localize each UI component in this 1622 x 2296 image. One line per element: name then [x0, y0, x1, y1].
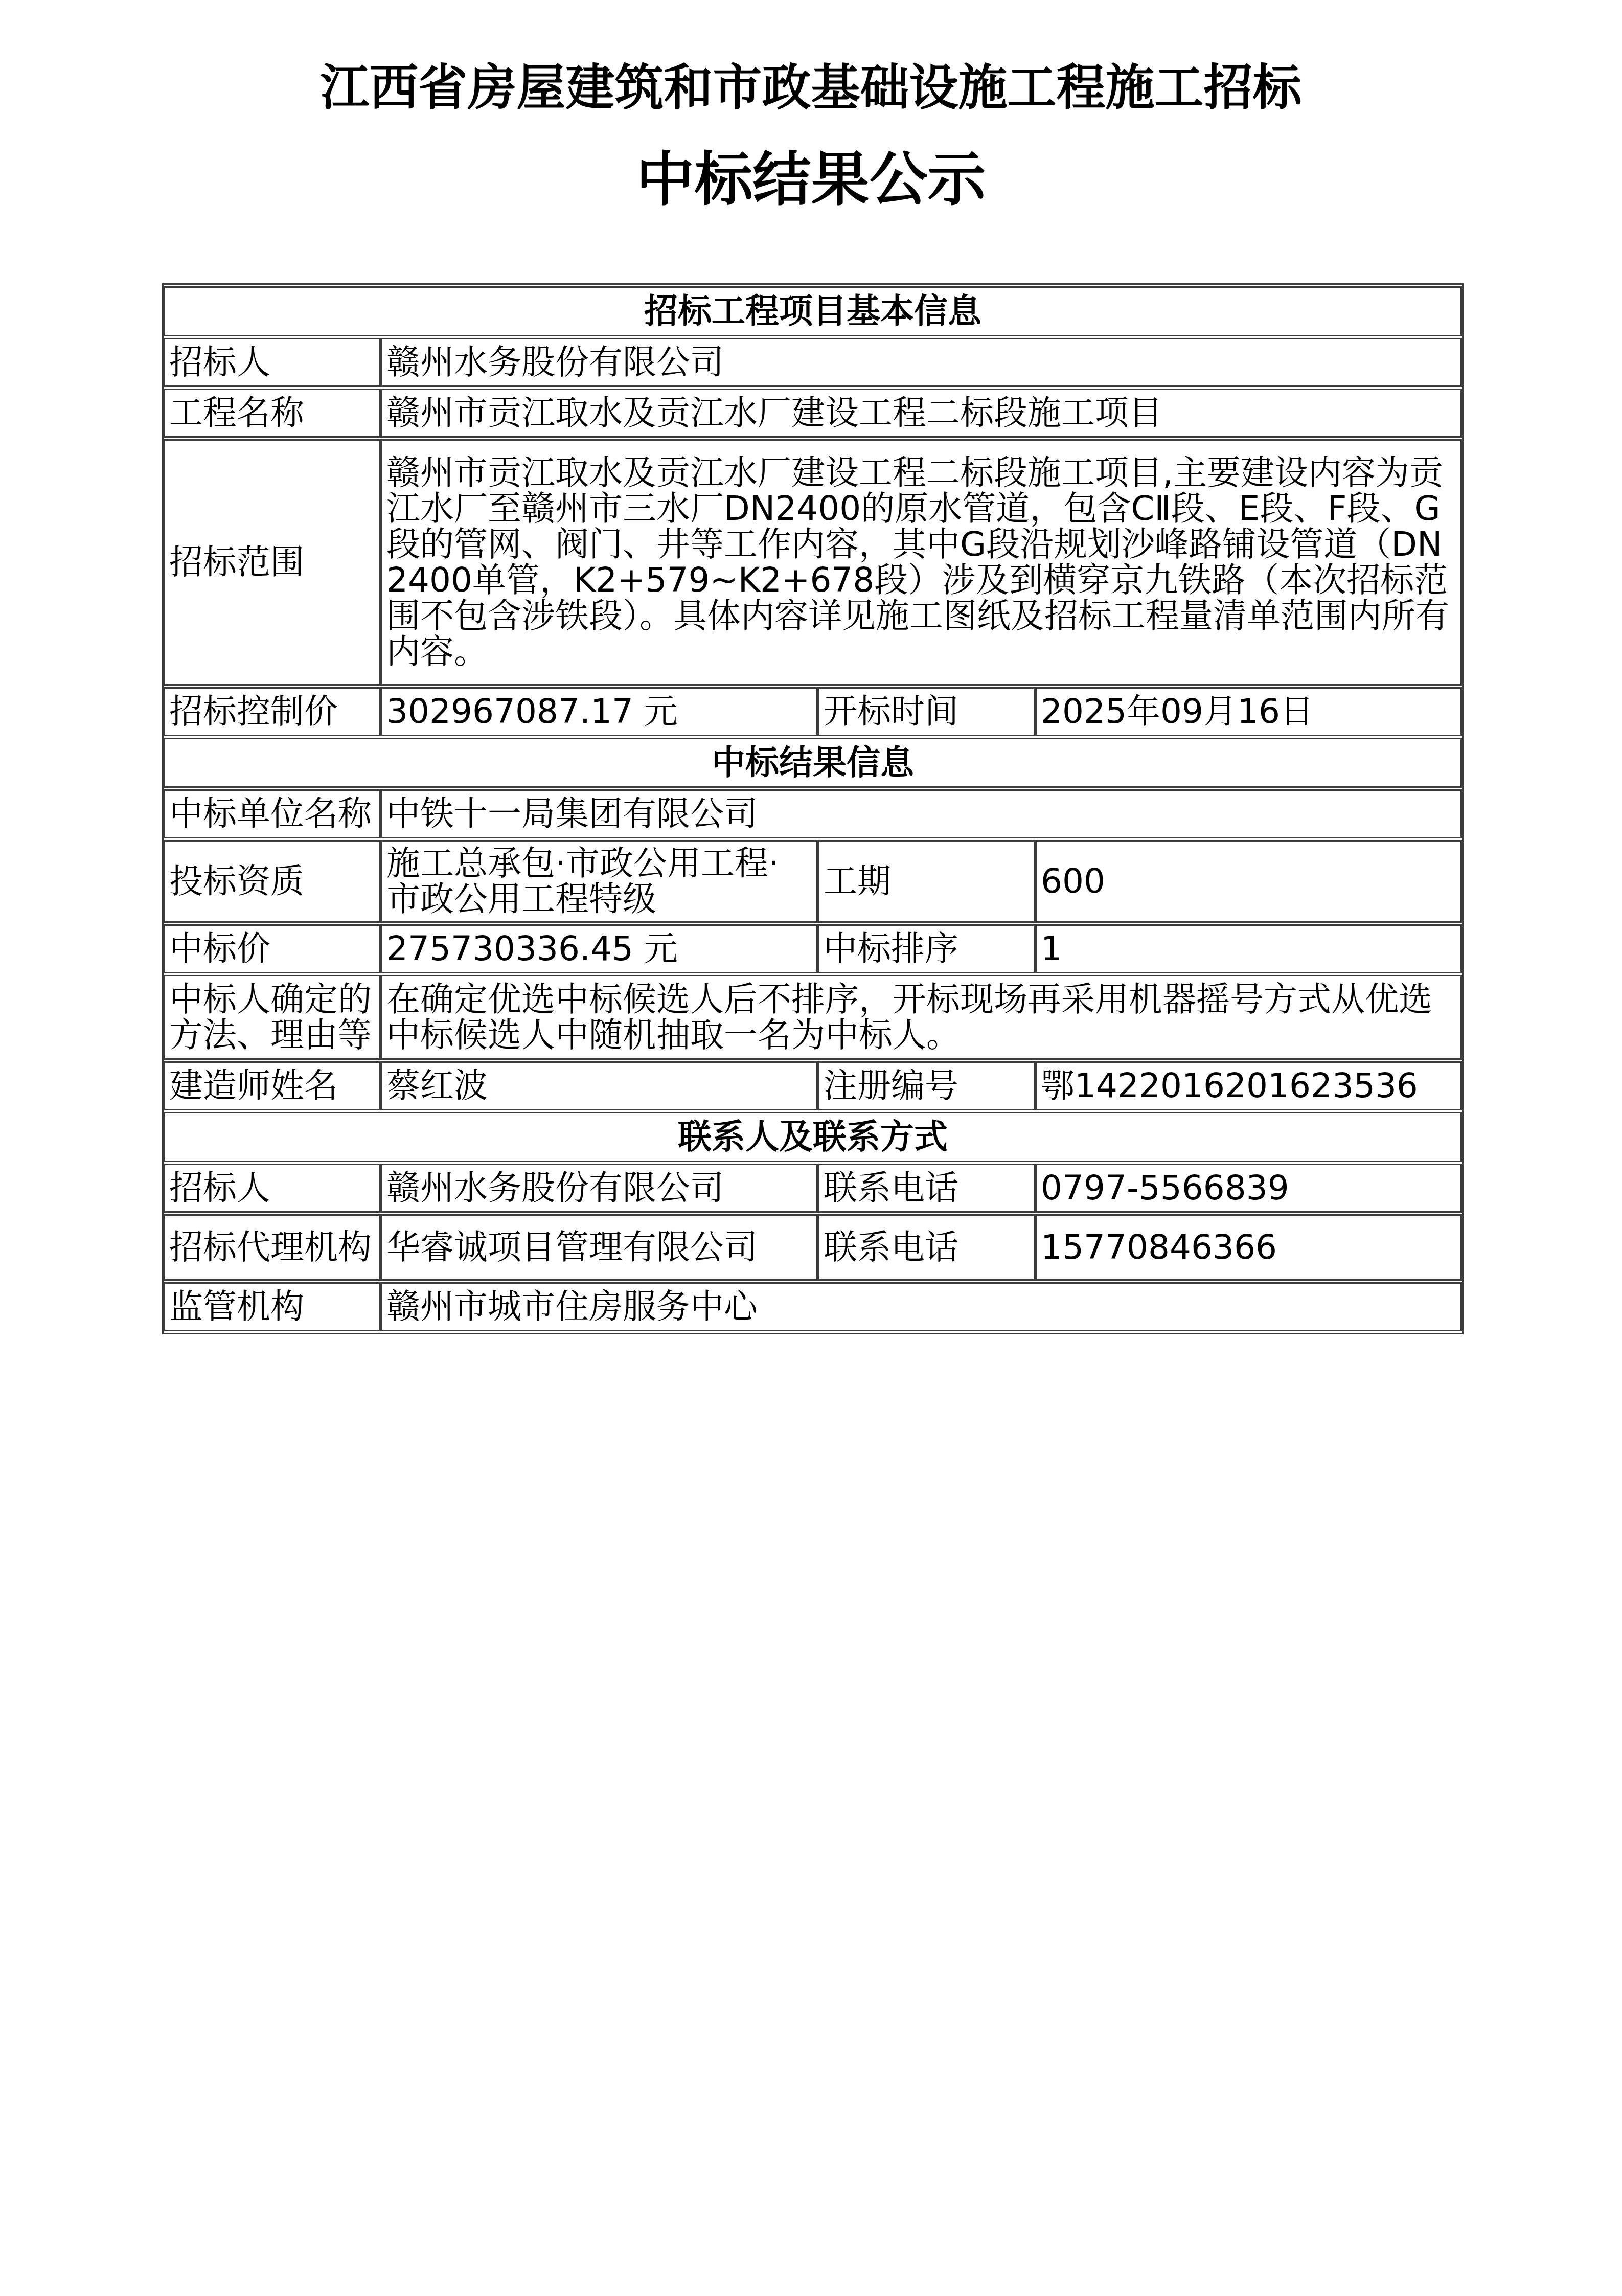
registration-number-label: 注册编号: [818, 1061, 1035, 1110]
method-row: 中标人确定的方法、理由等 在确定优选中标候选人后不排序，开标现场再采用机器摇号方…: [164, 975, 1462, 1060]
section2-header: 中标结果信息: [164, 738, 1462, 788]
supervisor-row: 监管机构 赣州市城市住房服务中心: [164, 1282, 1462, 1331]
contact-agency-value: 华睿诚项目管理有限公司: [381, 1214, 818, 1281]
winner-name-value: 中铁十一局集团有限公司: [381, 789, 1462, 838]
bid-scope-label: 招标范围: [164, 439, 381, 686]
open-time-value: 2025年09月16日: [1035, 687, 1462, 736]
supervisor-label: 监管机构: [164, 1282, 381, 1331]
win-price-value: 275730336.45 元: [381, 924, 818, 973]
win-price-row: 中标价 275730336.45 元 中标排序 1: [164, 924, 1462, 973]
rank-label: 中标排序: [818, 924, 1035, 973]
bidder-label: 招标人: [164, 338, 381, 387]
bidder-value: 赣州水务股份有限公司: [381, 338, 1462, 387]
contact-agency-row: 招标代理机构 华睿诚项目管理有限公司 联系电话 15770846366: [164, 1214, 1462, 1281]
control-price-value: 302967087.17 元: [381, 687, 818, 736]
builder-row: 建造师姓名 蔡红波 注册编号 鄂1422016201623536: [164, 1061, 1462, 1110]
bid-scope-row: 招标范围 赣州市贡江取水及贡江水厂建设工程二标段施工项目,主要建设内容为贡江水厂…: [164, 439, 1462, 686]
section3-header: 联系人及联系方式: [164, 1112, 1462, 1162]
section1-header-row: 招标工程项目基本信息: [164, 286, 1462, 336]
document-title-line2: 中标结果公示: [0, 142, 1622, 218]
contact-agency-phone-label: 联系电话: [818, 1214, 1035, 1281]
open-time-label: 开标时间: [818, 687, 1035, 736]
method-label: 中标人确定的方法、理由等: [164, 975, 381, 1060]
contact-bidder-phone-label: 联系电话: [818, 1164, 1035, 1213]
qualification-row: 投标资质 施工总承包·市政公用工程·市政公用工程特级 工期 600: [164, 840, 1462, 923]
document-page: 江西省房屋建筑和市政基础设施工程施工招标 中标结果公示 招标工程项目基本信息 招…: [0, 0, 1622, 2296]
duration-value: 600: [1035, 840, 1462, 923]
contact-bidder-row: 招标人 赣州水务股份有限公司 联系电话 0797-5566839: [164, 1164, 1462, 1213]
project-name-label: 工程名称: [164, 389, 381, 438]
document-title-line1: 江西省房屋建筑和市政基础设施工程施工招标: [0, 57, 1622, 119]
bid-scope-value: 赣州市贡江取水及贡江水厂建设工程二标段施工项目,主要建设内容为贡江水厂至赣州市三…: [381, 439, 1462, 686]
duration-label: 工期: [818, 840, 1035, 923]
announcement-table: 招标工程项目基本信息 招标人 赣州水务股份有限公司 工程名称 赣州市贡江取水及贡…: [162, 283, 1464, 1334]
project-name-row: 工程名称 赣州市贡江取水及贡江水厂建设工程二标段施工项目: [164, 389, 1462, 438]
winner-name-label: 中标单位名称: [164, 789, 381, 838]
section3-header-row: 联系人及联系方式: [164, 1112, 1462, 1162]
qualification-label: 投标资质: [164, 840, 381, 923]
section2-header-row: 中标结果信息: [164, 738, 1462, 788]
contact-agency-phone-value: 15770846366: [1035, 1214, 1462, 1281]
win-price-label: 中标价: [164, 924, 381, 973]
registration-number-value: 鄂1422016201623536: [1035, 1061, 1462, 1110]
section1-header: 招标工程项目基本信息: [164, 286, 1462, 336]
project-name-value: 赣州市贡江取水及贡江水厂建设工程二标段施工项目: [381, 389, 1462, 438]
rank-value: 1: [1035, 924, 1462, 973]
supervisor-value: 赣州市城市住房服务中心: [381, 1282, 1462, 1331]
contact-bidder-phone-value: 0797-5566839: [1035, 1164, 1462, 1213]
builder-name-value: 蔡红波: [381, 1061, 818, 1110]
method-value: 在确定优选中标候选人后不排序，开标现场再采用机器摇号方式从优选中标候选人中随机抽…: [381, 975, 1462, 1060]
contact-bidder-value: 赣州水务股份有限公司: [381, 1164, 818, 1213]
contact-bidder-label: 招标人: [164, 1164, 381, 1213]
bidder-row: 招标人 赣州水务股份有限公司: [164, 338, 1462, 387]
control-price-row: 招标控制价 302967087.17 元 开标时间 2025年09月16日: [164, 687, 1462, 736]
qualification-value: 施工总承包·市政公用工程·市政公用工程特级: [381, 840, 818, 923]
builder-name-label: 建造师姓名: [164, 1061, 381, 1110]
winner-name-row: 中标单位名称 中铁十一局集团有限公司: [164, 789, 1462, 838]
contact-agency-label: 招标代理机构: [164, 1214, 381, 1281]
control-price-label: 招标控制价: [164, 687, 381, 736]
